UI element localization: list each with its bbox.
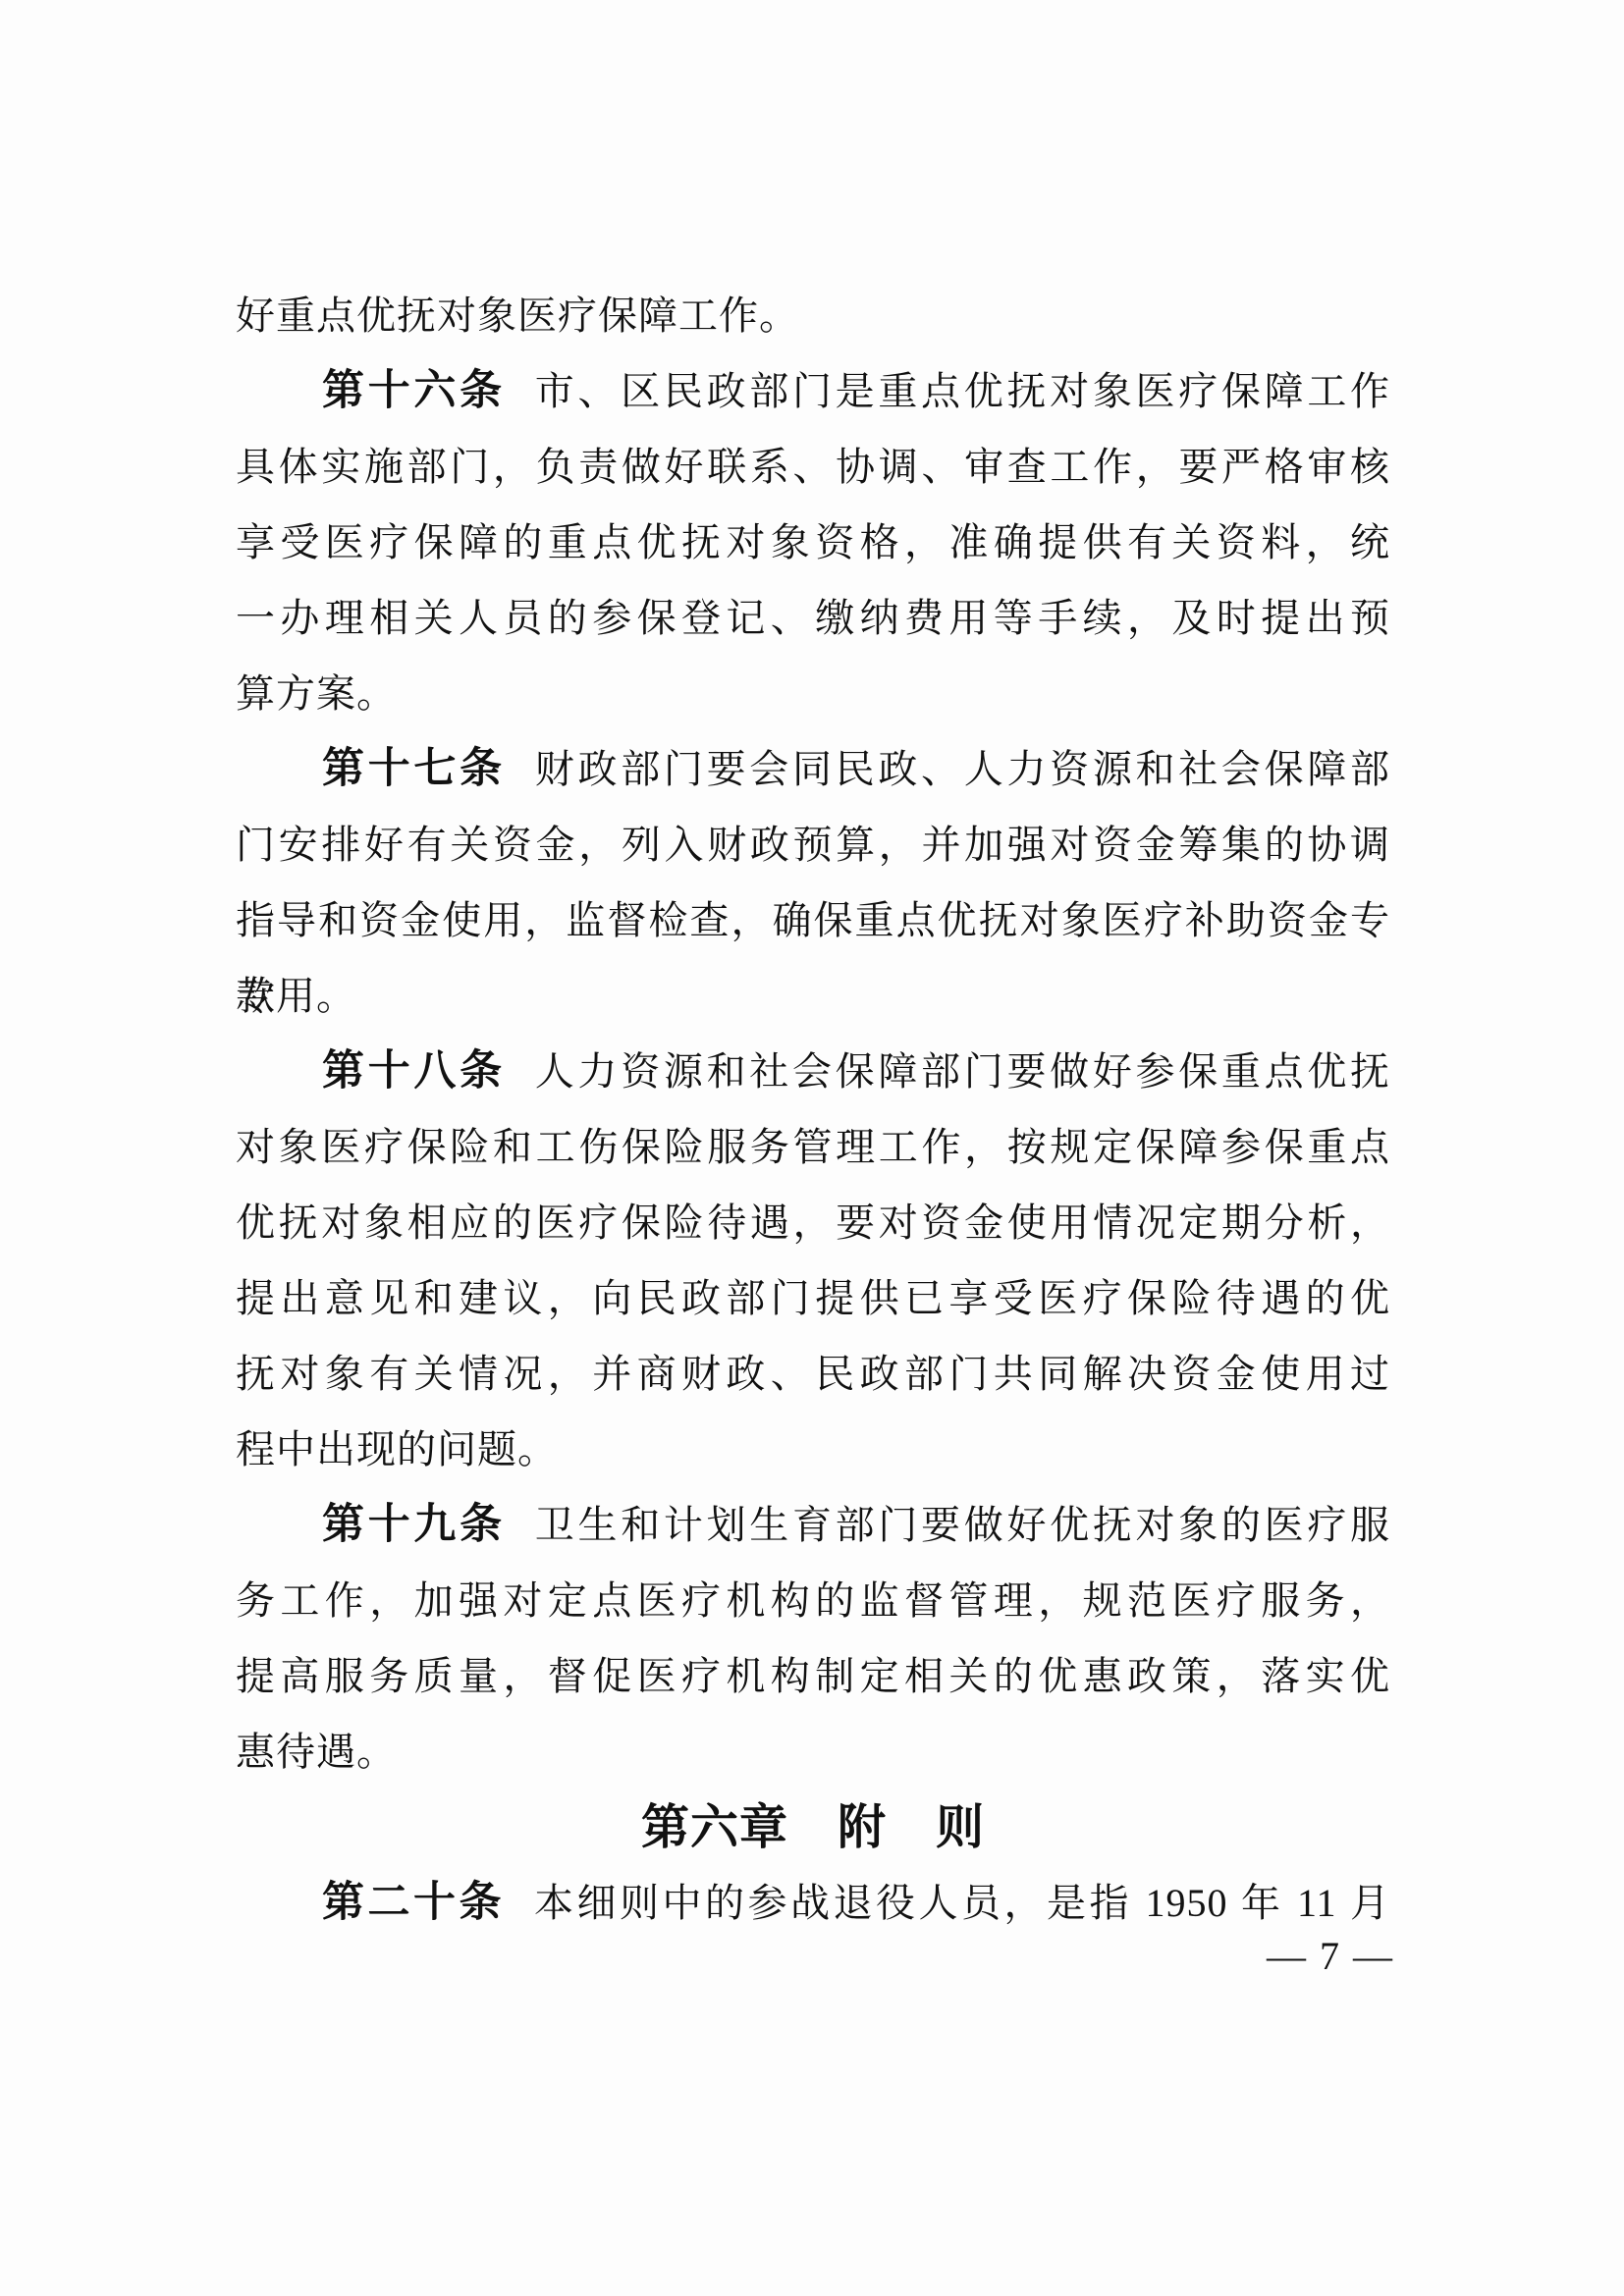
article-18-first-line: 第十八条人力资源和社会保障部门要做好参保重点优抚 — [236, 1034, 1390, 1109]
body-line-text: 人力资源和社会保障部门要做好参保重点优抚 — [535, 1049, 1390, 1094]
body-line: 优抚对象相应的医疗保险待遇，要对资金使用情况定期分析， — [236, 1185, 1390, 1260]
body-line: 好重点优抚对象医疗保障工作。 — [236, 278, 1390, 353]
body-line: 程中出现的问题。 — [236, 1412, 1390, 1487]
body-line: 专用。 — [236, 958, 1390, 1034]
article-20-number: 第二十条 — [322, 1880, 505, 1926]
article-16-number: 第十六条 — [322, 368, 506, 414]
document-body: 好重点优抚对象医疗保障工作。 第十六条市、区民政部门是重点优抚对象医疗保障工作 … — [236, 278, 1390, 1941]
body-line: 一办理相关人员的参保登记、缴纳费用等手续，及时提出预 — [236, 580, 1390, 656]
article-17-number: 第十七条 — [322, 746, 506, 792]
body-line-text: 财政部门要会同民政、人力资源和社会保障部 — [535, 747, 1390, 791]
body-line: 提出意见和建议，向民政部门提供已享受医疗保险待遇的优 — [236, 1260, 1390, 1336]
body-line: 门安排好有关资金，列入财政预算，并加强对资金筹集的协调 — [236, 807, 1390, 882]
body-line: 提高服务质量，督促医疗机构制定相关的优惠政策，落实优 — [236, 1638, 1390, 1714]
body-line: 指导和资金使用，监督检查，确保重点优抚对象医疗补助资金专款 — [236, 882, 1390, 958]
body-line: 具体实施部门，负责做好联系、协调、审查工作，要严格审核 — [236, 429, 1390, 505]
body-line-text: 卫生和计划生育部门要做好优抚对象的医疗服 — [535, 1503, 1390, 1547]
body-line: 算方案。 — [236, 656, 1390, 731]
article-19-number: 第十九条 — [322, 1502, 506, 1548]
body-line: 抚对象有关情况，并商财政、民政部门共同解决资金使用过 — [236, 1336, 1390, 1412]
chapter-heading: 第六章 附 则 — [236, 1789, 1390, 1865]
article-18-number: 第十八条 — [322, 1048, 506, 1095]
body-line: 享受医疗保障的重点优抚对象资格，准确提供有关资料，统 — [236, 505, 1390, 580]
body-line: 惠待遇。 — [236, 1714, 1390, 1789]
article-16-first-line: 第十六条市、区民政部门是重点优抚对象医疗保障工作 — [236, 353, 1390, 429]
document-page: 好重点优抚对象医疗保障工作。 第十六条市、区民政部门是重点优抚对象医疗保障工作 … — [0, 0, 1624, 2296]
body-line-text: 市、区民政部门是重点优抚对象医疗保障工作 — [535, 369, 1390, 413]
body-line: 对象医疗保险和工伤保险服务管理工作，按规定保障参保重点 — [236, 1109, 1390, 1185]
article-20-first-line: 第二十条本细则中的参战退役人员，是指 1950 年 11 月 — [236, 1865, 1390, 1941]
article-19-first-line: 第十九条卫生和计划生育部门要做好优抚对象的医疗服 — [236, 1487, 1390, 1563]
article-17-first-line: 第十七条财政部门要会同民政、人力资源和社会保障部 — [236, 731, 1390, 807]
page-number: — 7 — — [1267, 1926, 1394, 1987]
body-line-text: 本细则中的参战退役人员，是指 1950 年 11 月 — [534, 1881, 1390, 1925]
body-line: 务工作，加强对定点医疗机构的监督管理，规范医疗服务， — [236, 1563, 1390, 1638]
